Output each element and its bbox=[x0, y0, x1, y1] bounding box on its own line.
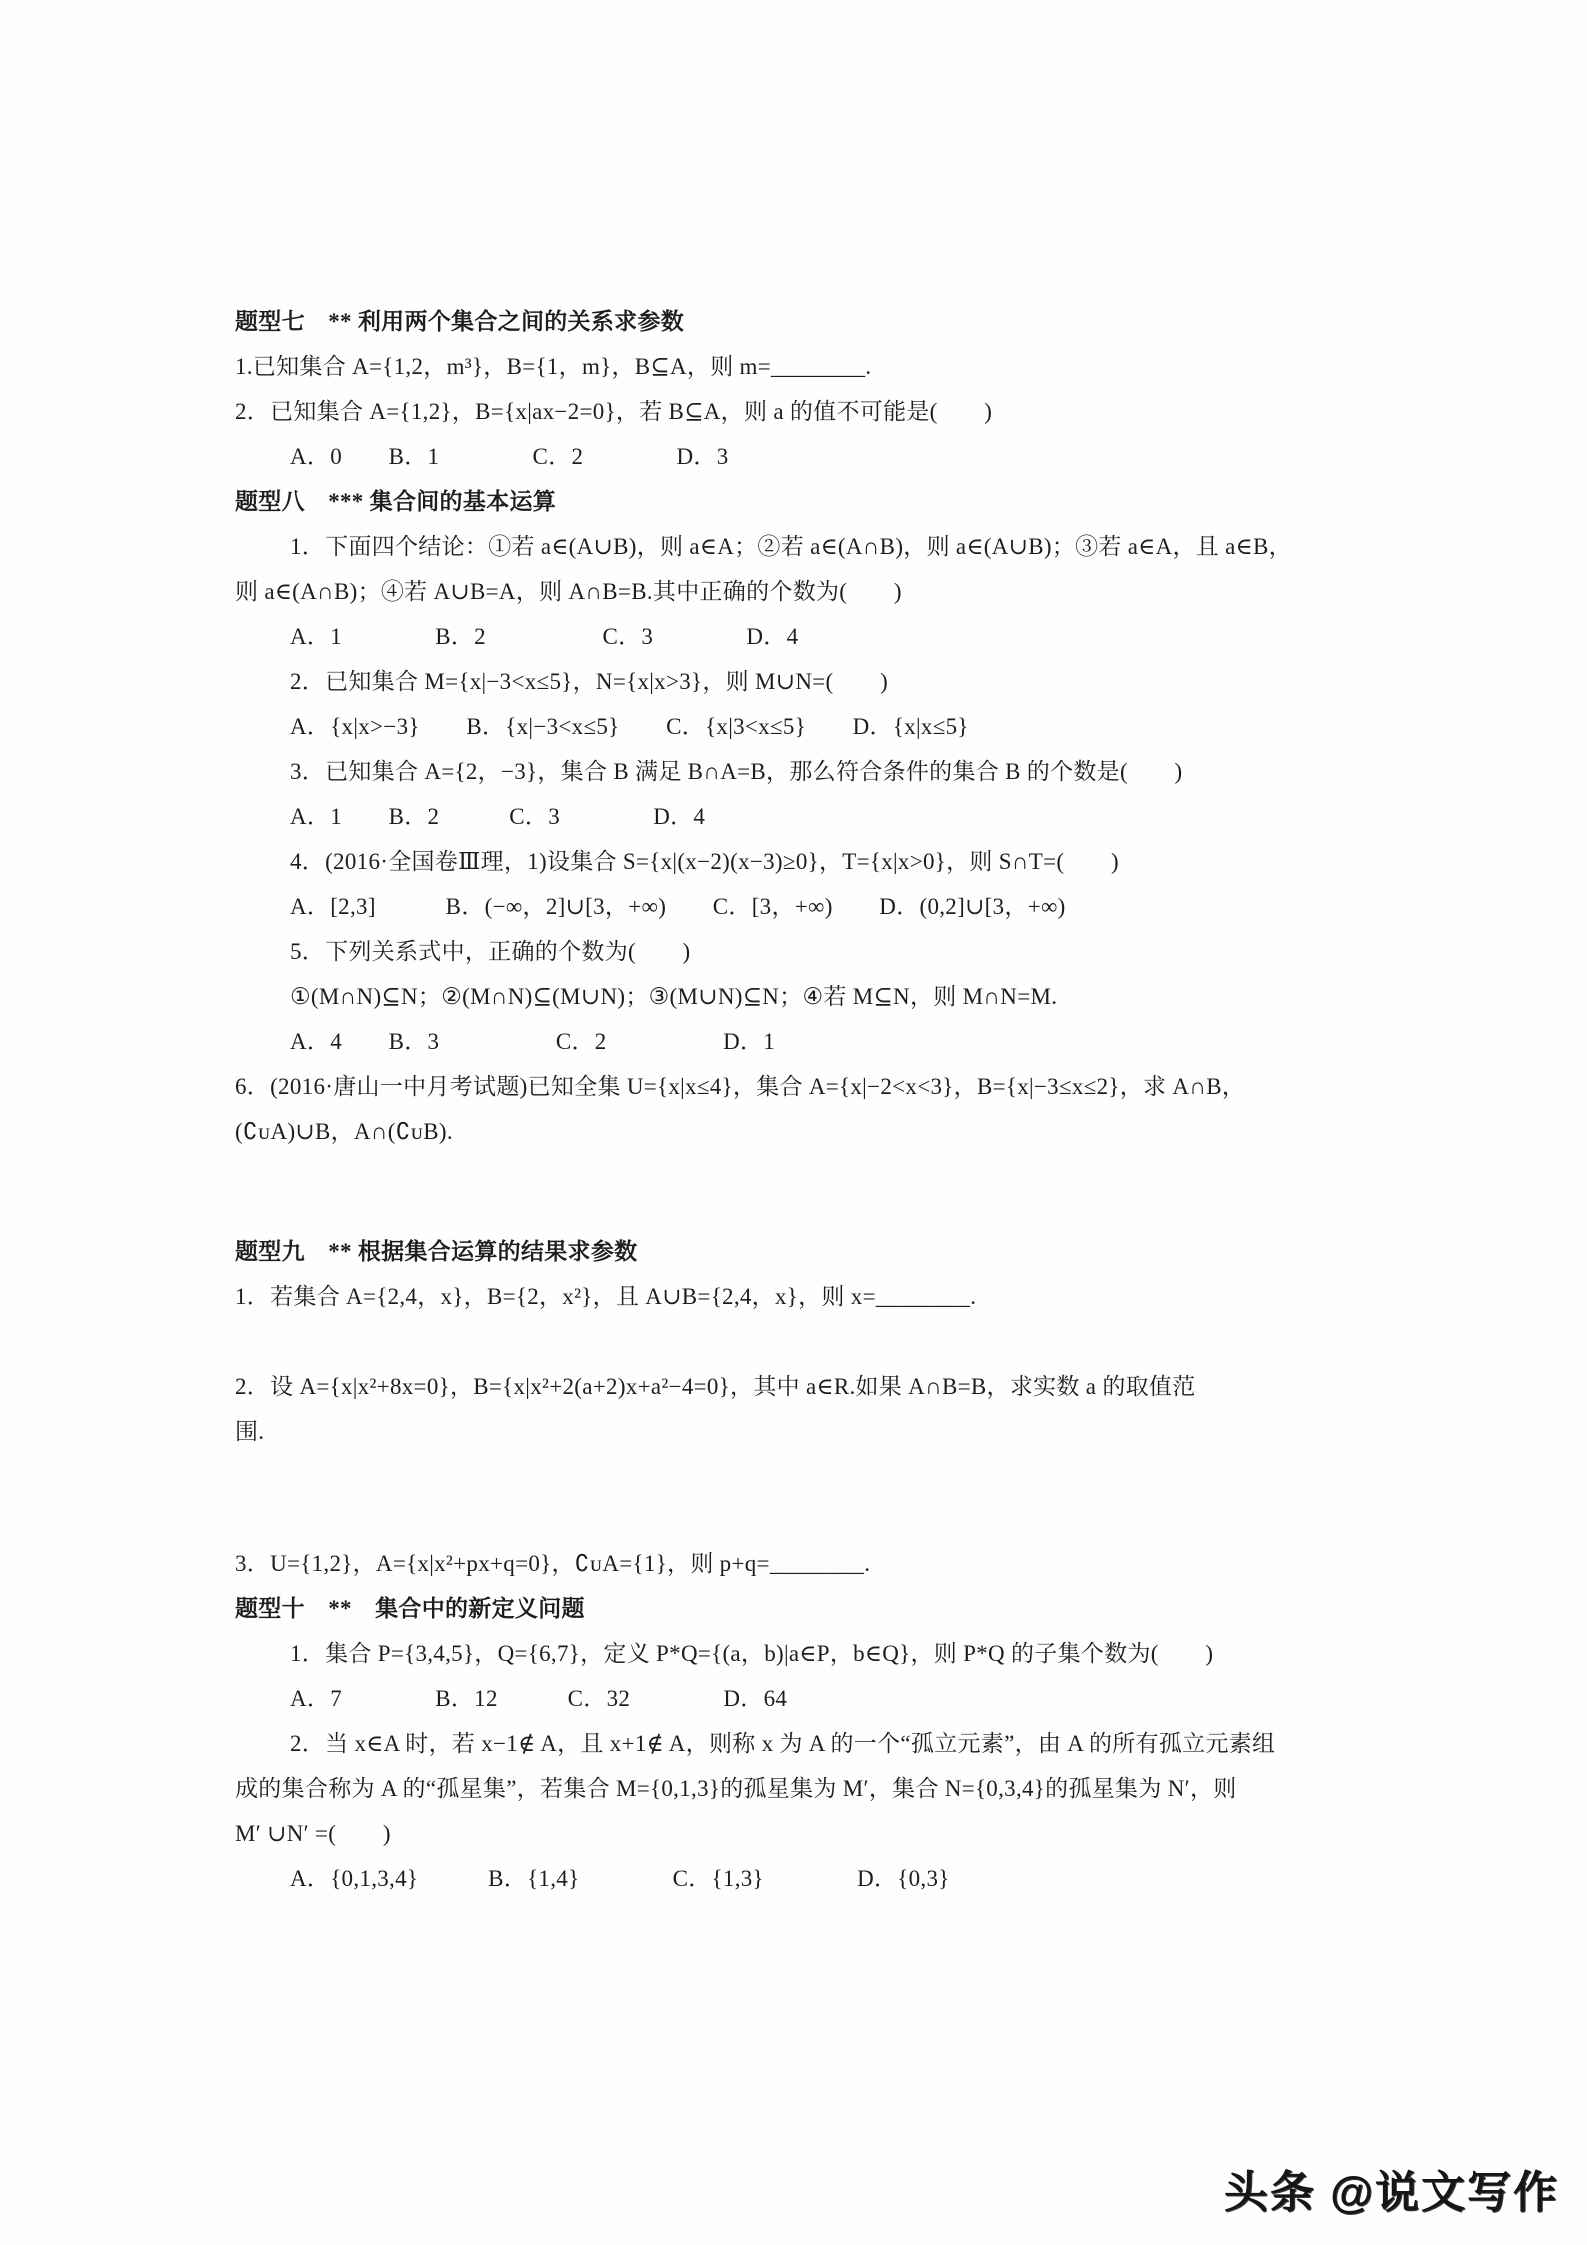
section10-problem1: 1．集合 P={3,4,5}，Q={6,7}，定义 P*Q={(a，b)|a∈P… bbox=[235, 1631, 1447, 1676]
section8-problem2-options: A．{x|x>−3} B．{x|−3<x≤5} C．{x|3<x≤5} D．{x… bbox=[235, 704, 1447, 749]
section10-problem1-options: A．7 B．12 C．32 D．64 bbox=[235, 1676, 1447, 1721]
section8-problem3: 3．已知集合 A={2，−3}，集合 B 满足 B∩A=B，那么符合条件的集合 … bbox=[235, 749, 1447, 794]
section8-problem5-items: ①(M∩N)⊆N；②(M∩N)⊆(M∪N)；③(M∪N)⊆N；④若 M⊆N，则 … bbox=[235, 974, 1447, 1019]
worksheet-content: 题型七 ** 利用两个集合之间的关系求参数 1.已知集合 A={1,2，m³}，… bbox=[235, 299, 1447, 1901]
section10-problem2-line3: M′ ∪N′ =( ) bbox=[235, 1811, 1447, 1856]
section10-heading: 题型十 ** 集合中的新定义问题 bbox=[235, 1586, 1447, 1631]
section8-problem1-options: A．1 B．2 C．3 D．4 bbox=[235, 614, 1447, 659]
section9-problem2-line2: 围. bbox=[235, 1409, 1447, 1454]
section8-problem5-options: A．4 B．3 C．2 D．1 bbox=[235, 1019, 1447, 1064]
section9-problem3: 3．U={1,2}，A={x|x²+px+q=0}，∁ᴜA={1}，则 p+q=… bbox=[235, 1541, 1447, 1586]
section8-problem6-line2: (∁ᴜA)∪B，A∩(∁ᴜB). bbox=[235, 1109, 1447, 1154]
section8-problem1-line2: 则 a∈(A∩B)；④若 A∪B=A，则 A∩B=B.其中正确的个数为( ) bbox=[235, 569, 1447, 614]
section8-problem4: 4．(2016·全国卷Ⅲ理，1)设集合 S={x|(x−2)(x−3)≥0}，T… bbox=[235, 839, 1447, 884]
section9-problem1: 1．若集合 A={2,4，x}，B={2，x²}，且 A∪B={2,4，x}，则… bbox=[235, 1274, 1447, 1319]
section8-problem3-options: A．1 B．2 C．3 D．4 bbox=[235, 794, 1447, 839]
worksheet-page: 题型七 ** 利用两个集合之间的关系求参数 1.已知集合 A={1,2，m³}，… bbox=[0, 0, 1587, 2245]
section8-problem5: 5．下列关系式中，正确的个数为( ) bbox=[235, 929, 1447, 974]
section9-heading: 题型九 ** 根据集合运算的结果求参数 bbox=[235, 1229, 1447, 1274]
section7-heading: 题型七 ** 利用两个集合之间的关系求参数 bbox=[235, 299, 1447, 344]
section8-problem2: 2．已知集合 M={x|−3<x≤5}，N={x|x>3}，则 M∪N=( ) bbox=[235, 659, 1447, 704]
section10-problem2-line2: 成的集合称为 A 的“孤星集”，若集合 M={0,1,3}的孤星集为 M′，集合… bbox=[235, 1766, 1447, 1811]
section8-problem4-options: A．[2,3] B．(−∞，2]∪[3，+∞) C．[3，+∞) D．(0,2]… bbox=[235, 884, 1447, 929]
section7-problem2-options: A．0 B．1 C．2 D．3 bbox=[235, 434, 1447, 479]
section9-problem2-line1: 2．设 A={x|x²+8x=0}，B={x|x²+2(a+2)x+a²−4=0… bbox=[235, 1364, 1447, 1409]
watermark-toutiao: 头条 @说文写作 bbox=[1224, 2156, 1559, 2220]
section8-problem6-line1: 6．(2016·唐山一中月考试题)已知全集 U={x|x≤4}，集合 A={x|… bbox=[235, 1064, 1447, 1109]
section8-problem1-line1: 1．下面四个结论：①若 a∈(A∪B)，则 a∈A；②若 a∈(A∩B)，则 a… bbox=[235, 524, 1447, 569]
section7-problem1: 1.已知集合 A={1,2，m³}，B={1，m}，B⊆A，则 m=______… bbox=[235, 344, 1447, 389]
section10-problem2-options: A．{0,1,3,4} B．{1,4} C．{1,3} D．{0,3} bbox=[235, 1856, 1447, 1901]
section10-problem2-line1: 2．当 x∈A 时，若 x−1∉ A，且 x+1∉ A，则称 x 为 A 的一个… bbox=[235, 1721, 1447, 1766]
section7-problem2: 2．已知集合 A={1,2}，B={x|ax−2=0}，若 B⊆A，则 a 的值… bbox=[235, 389, 1447, 434]
section8-heading: 题型八 *** 集合间的基本运算 bbox=[235, 479, 1447, 524]
